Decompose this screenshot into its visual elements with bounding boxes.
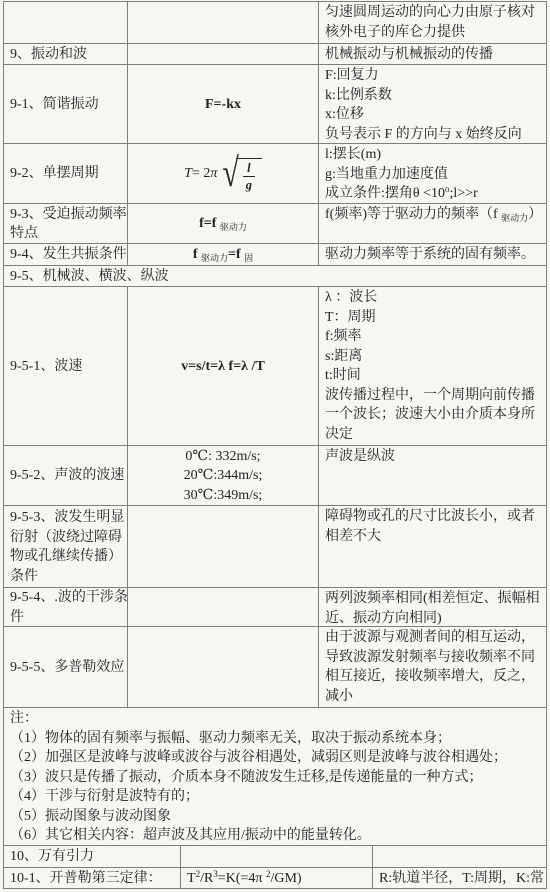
text-segment: f:频率 (325, 329, 362, 344)
text-line: 9-5-2、声波的波速 (10, 466, 125, 486)
row-10-universal-gravitation-cell-1: 10、万有引力 (4, 846, 181, 867)
text-segment: 特点 (10, 226, 38, 241)
row-9-5-5-doppler-effect: 9-5-5、多普勒效应由于波源与观测者间的相互运动，导致波源发射频率与接收频率不… (4, 627, 546, 708)
text-line: 9-3、受迫振动频率 (10, 205, 125, 225)
text-line: f 驱动力=f 固 (193, 245, 253, 265)
row-9-5-5-doppler-effect-cell-3: 由于波源与观测者间的相互运动，导致波源发射频率与接收频率不同相互接近，接收频率增… (319, 627, 546, 707)
text-segment: （6）其它相关内容：超声波及其应用/振动中的能量转化。 (10, 828, 371, 843)
text-segment: F:回复力 (325, 68, 379, 83)
text-line: 9-5、机械波、横波、纵波 (10, 267, 544, 286)
text-segment: 机械振动与机械振动的传播 (325, 47, 493, 62)
row-9-3-forced-vibration-cell-1: 9-3、受迫振动频率特点 (4, 204, 128, 243)
row-9-4-resonance-condition-cell-1: 9-4、发生共振条件 (4, 244, 128, 265)
row-10-1-kepler-third-law-cell-3: R:轨道半径，T:周期，K:常 (373, 868, 546, 888)
row-9-vibration-and-waves-cell-1: 9、振动和波 (4, 44, 128, 64)
text-segment: 匀速圆周运动的向心力由原子核对 (325, 5, 535, 20)
text-segment: 驱动力 (501, 213, 528, 223)
text-segment: T：周期 (325, 310, 376, 325)
row-10-universal-gravitation-cell-3 (373, 846, 546, 867)
text-segment: 导致波源发射频率与接收频率不同 (325, 650, 535, 665)
row-atom-centripetal-cell-2 (128, 2, 319, 43)
row-atom-centripetal-cell-3: 匀速圆周运动的向心力由原子核对核外电子的库仑力提供 (319, 2, 546, 43)
text-line: 10-1、开普勒第三定律： (10, 869, 178, 888)
text-line: f=f 驱动力 (199, 214, 247, 234)
text-line: 9-5-1、波速 (10, 357, 125, 377)
text-segment: 注： (10, 711, 38, 726)
text-line: 9-2、单摆周期 (10, 164, 125, 184)
text-segment: 核外电子的库仑力提供 (325, 25, 465, 40)
text-segment: 相差不大 (325, 529, 381, 544)
row-9-vibration-and-waves: 9、振动和波机械振动与机械振动的传播 (4, 44, 546, 65)
row-10-1-kepler-third-law-cell-2: T2/R3=K(=4π 2/GM) (181, 868, 373, 888)
text-segment: 件 (10, 610, 24, 625)
text-line: λ ：波长 (325, 288, 544, 308)
text-line: 障碍物或孔的尺寸比波长小，或者 (325, 507, 544, 527)
text-line: 匀速圆周运动的向心力由原子核对 (325, 3, 544, 23)
row-9-5-mechanical-waves-header: 9-5、机械波、横波、纵波 (4, 266, 546, 287)
row-9-5-1-wave-speed-cell-1: 9-5-1、波速 (4, 287, 128, 445)
text-segment: ;l>>r (450, 186, 478, 201)
text-line: 条件 (10, 567, 125, 587)
row-9-5-1-wave-speed-cell-2: v=s/t=λ f=λ /T (128, 287, 319, 445)
row-9-5-mechanical-waves-header-cell-1: 9-5、机械波、横波、纵波 (4, 266, 546, 286)
row-10-universal-gravitation: 10、万有引力 (4, 846, 546, 868)
text-segment: =f (228, 247, 244, 262)
text-line: 驱动力频率等于系统的固有频率。 (325, 245, 544, 265)
text-segment: 9-5、机械波、横波、纵波 (10, 269, 169, 284)
text-line: 波传播过程中，一个周期向前传播 (325, 386, 544, 406)
text-line: 9-1、简谐振动 (10, 95, 125, 115)
text-segment: 驱动力频率等于系统的固有频率。 (325, 247, 535, 262)
row-9-1-simple-harmonic-cell-3: F:回复力k:比例系数x:位移负号表示 F 的方向与 x 始终反向 (319, 65, 546, 143)
text-line: v=s/t=λ f=λ /T (181, 357, 265, 377)
text-line: 负号表示 F 的方向与 x 始终反向 (325, 125, 544, 144)
row-9-3-forced-vibration-cell-3: f(频率)等于驱动力的频率（f 驱动力） (319, 204, 546, 243)
text-line: 10、万有引力 (10, 847, 178, 867)
text-segment: f(频率)等于驱动力的频率（f (325, 207, 501, 222)
row-9-2-pendulum-period-cell-1: 9-2、单摆周期 (4, 144, 128, 203)
text-segment: 声波是纵波 (325, 449, 395, 464)
text-line: 导致波源发射频率与接收频率不同 (325, 648, 544, 668)
row-10-1-kepler-third-law-cell-1: 10-1、开普勒第三定律： (4, 868, 181, 888)
row-9-5-2-sound-speed-cell-1: 9-5-2、声波的波速 (4, 446, 128, 505)
row-10-1-kepler-third-law: 10-1、开普勒第三定律：T2/R3=K(=4π 2/GM)R:轨道半径，T:周… (4, 868, 546, 889)
row-9-5-2-sound-speed-cell-2: 0℃: 332m/s;20℃:344m/s;30℃:349m/s; (128, 446, 319, 505)
text-line: T = 2π√lg (184, 158, 262, 191)
text-segment: （4）干涉与衍射是波特有的； (10, 789, 199, 804)
text-segment: 20℃:344m/s; (184, 468, 263, 483)
text-segment: 9、振动和波 (10, 47, 87, 62)
text-segment: 决定 (325, 427, 353, 442)
text-line: f:频率 (325, 327, 544, 347)
row-9-5-1-wave-speed: 9-5-1、波速v=s/t=λ f=λ /Tλ ：波长T：周期f:频率s:距离t… (4, 287, 546, 446)
text-segment: 0℃: 332m/s; (185, 449, 260, 464)
row-9-4-resonance-condition-cell-3: 驱动力频率等于系统的固有频率。 (319, 244, 546, 265)
text-line: 注： (10, 709, 544, 729)
row-9-5-4-interference-condition-cell-1: 9-5-4、.波的干涉条件 (4, 588, 128, 626)
row-9-5-4-interference-condition: 9-5-4、.波的干涉条件两列波频率相同(相差恒定、振幅相近、振动方向相同) (4, 588, 546, 627)
text-line: 9-5-5、多普勒效应 (10, 658, 125, 678)
text-line: 20℃:344m/s; (184, 466, 263, 486)
text-segment: /R (200, 871, 213, 886)
text-line: 机械振动与机械振动的传播 (325, 45, 544, 64)
text-segment: F=-kx (205, 97, 241, 112)
text-line: 物或孔继续传播） (10, 547, 125, 567)
text-line: 决定 (325, 425, 544, 445)
text-segment: 9-5-1、波速 (10, 359, 82, 374)
text-segment: 10-1、开普勒第三定律： (10, 871, 162, 886)
text-line: （3）波只是传播了振动，介质本身不随波发生迁移,是传递能量的一种方式； (10, 768, 544, 788)
text-line: l:摆长(m) (325, 145, 544, 165)
text-line: F=-kx (205, 95, 241, 115)
text-segment: 9-5-4、.波的干涉条 (10, 590, 128, 605)
text-segment: v=s/t=λ f=λ /T (181, 359, 265, 374)
text-segment: =K(=4π (218, 871, 266, 886)
text-line: （6）其它相关内容：超声波及其应用/振动中的能量转化。 (10, 826, 544, 845)
row-9-2-pendulum-period-cell-2: T = 2π√lg (128, 144, 319, 203)
text-line: 件 (10, 608, 125, 627)
text-line: 相差不大 (325, 527, 544, 547)
text-line: 9、振动和波 (10, 45, 125, 64)
physics-formula-table: 匀速圆周运动的向心力由原子核对核外电子的库仑力提供9、振动和波机械振动与机械振动… (3, 1, 547, 889)
text-line: f(频率)等于驱动力的频率（f 驱动力） (325, 205, 544, 225)
row-9-1-simple-harmonic-cell-1: 9-1、简谐振动 (4, 65, 128, 143)
text-segment: x:位移 (325, 107, 364, 122)
text-line: 衍射（波绕过障碍 (10, 528, 125, 548)
text-segment: 9-4、发生共振条件 (10, 247, 127, 262)
text-line: k:比例系数 (325, 86, 544, 106)
text-segment: 9-1、简谐振动 (10, 97, 99, 112)
row-atom-centripetal: 匀速圆周运动的向心力由原子核对核外电子的库仑力提供 (4, 2, 546, 44)
row-9-5-5-doppler-effect-cell-2 (128, 627, 319, 707)
text-segment: 9-5-3、波发生明显 (10, 510, 124, 525)
text-segment: f (193, 247, 201, 262)
row-9-5-5-doppler-effect-cell-1: 9-5-5、多普勒效应 (4, 627, 128, 707)
row-9-5-3-diffraction-condition-cell-2 (128, 506, 319, 587)
row-9-vibration-and-waves-cell-3: 机械振动与机械振动的传播 (319, 44, 546, 64)
row-atom-centripetal-cell-1 (4, 2, 128, 43)
text-segment: /GM) (270, 871, 301, 886)
row-10-universal-gravitation-cell-2 (181, 846, 373, 867)
text-segment: λ ：波长 (325, 290, 377, 305)
text-segment: （1）物体的固有频率与振幅、驱动力频率无关，取决于振动系统本身； (10, 731, 451, 746)
text-line: 相互接近，接收频率增大，反之， (325, 667, 544, 687)
row-9-5-4-interference-condition-cell-3: 两列波频率相同(相差恒定、振幅相近、振动方向相同) (319, 588, 546, 626)
square-root-radical: √lg (222, 158, 261, 191)
text-line: 减小 (325, 687, 544, 707)
row-9-5-3-diffraction-condition-cell-1: 9-5-3、波发生明显衍射（波绕过障碍物或孔继续传播）条件 (4, 506, 128, 587)
row-9-5-4-interference-condition-cell-2 (128, 588, 319, 626)
text-segment: ） (528, 207, 542, 222)
text-segment: T (187, 871, 196, 886)
text-segment: 衍射（波绕过障碍 (10, 530, 122, 545)
text-segment: 9-3、受迫振动频率 (10, 207, 127, 222)
row-notes-cell-1: 注：（1）物体的固有频率与振幅、驱动力频率无关，取决于振动系统本身；（2）加强区… (4, 708, 546, 845)
text-line: 核外电子的库仑力提供 (325, 23, 544, 43)
text-segment: 波传播过程中，一个周期向前传播 (325, 388, 535, 403)
text-segment: f=f (199, 216, 220, 231)
text-segment: 负号表示 F 的方向与 x 始终反向 (325, 127, 522, 142)
text-segment: 物或孔继续传播） (10, 549, 122, 564)
text-line: （2）加强区是波峰与波峰或波谷与波谷相遇处，减弱区则是波峰与波谷相遇处； (10, 748, 544, 768)
text-line: 成立条件:摆角θ <10o;l>>r (325, 184, 544, 203)
text-segment: 9-5-2、声波的波速 (10, 468, 124, 483)
text-segment: R:轨道半径，T:周期，K:常 (379, 871, 544, 886)
text-line: T：周期 (325, 308, 544, 328)
text-segment: 由于波源与观测者间的相互运动， (325, 630, 535, 645)
text-line: （5）振动图象与波动图象 (10, 807, 544, 827)
text-line: 一个波长；波速大小由介质本身所 (325, 405, 544, 425)
text-segment: k:比例系数 (325, 88, 392, 103)
text-segment: = 2 (192, 166, 210, 182)
text-line: R:轨道半径，T:周期，K:常 (379, 869, 544, 888)
text-line: （1）物体的固有频率与振幅、驱动力频率无关，取决于振动系统本身； (10, 729, 544, 749)
text-line: 9-5-4、.波的干涉条 (10, 588, 125, 608)
text-line: 声波是纵波 (325, 447, 544, 467)
row-notes: 注：（1）物体的固有频率与振幅、驱动力频率无关，取决于振动系统本身；（2）加强区… (4, 708, 546, 846)
text-segment: 一个波长；波速大小由介质本身所 (325, 407, 535, 422)
text-segment: s:距离 (325, 349, 362, 364)
text-segment: 减小 (325, 689, 353, 704)
text-segment: 成立条件:摆角θ <10 (325, 186, 445, 201)
text-line: 近、振动方向相同) (325, 609, 544, 627)
row-9-2-pendulum-period-cell-3: l:摆长(m)g:当地重力加速度值成立条件:摆角θ <10o;l>>r (319, 144, 546, 203)
row-9-5-2-sound-speed-cell-3: 声波是纵波 (319, 446, 546, 505)
row-9-3-forced-vibration: 9-3、受迫振动频率特点f=f 驱动力f(频率)等于驱动力的频率（f 驱动力） (4, 204, 546, 244)
text-line: t:时间 (325, 366, 544, 386)
scanned-document-body: { "colors":{ "page_bg":"#f6f6f3", "borde… (0, 0, 550, 892)
text-line: 0℃: 332m/s; (185, 447, 260, 467)
row-9-1-simple-harmonic-cell-2: F=-kx (128, 65, 319, 143)
text-line: 30℃:349m/s; (184, 486, 263, 505)
text-line: 9-4、发生共振条件 (10, 245, 125, 265)
text-segment: 两列波频率相同(相差恒定、振幅相 (325, 591, 540, 606)
text-segment: 9-5-5、多普勒效应 (10, 660, 124, 675)
row-9-2-pendulum-period: 9-2、单摆周期T = 2π√lgl:摆长(m)g:当地重力加速度值成立条件:摆… (4, 144, 546, 204)
text-segment: 近、振动方向相同) (325, 611, 442, 626)
text-segment: （2）加强区是波峰与波峰或波谷与波谷相遇处，减弱区则是波峰与波谷相遇处； (10, 750, 507, 765)
text-line: s:距离 (325, 347, 544, 367)
text-segment: t:时间 (325, 368, 361, 383)
text-segment: 10、万有引力 (10, 849, 94, 864)
row-9-1-simple-harmonic: 9-1、简谐振动F=-kxF:回复力k:比例系数x:位移负号表示 F 的方向与 … (4, 65, 546, 144)
row-9-5-1-wave-speed-cell-3: λ ：波长T：周期f:频率s:距离t:时间波传播过程中，一个周期向前传播一个波长… (319, 287, 546, 445)
text-segment: 驱动力 (220, 222, 247, 232)
text-segment: T (184, 166, 192, 182)
row-9-5-3-diffraction-condition: 9-5-3、波发生明显衍射（波绕过障碍物或孔继续传播）条件障碍物或孔的尺寸比波长… (4, 506, 546, 588)
text-segment: （3）波只是传播了振动，介质本身不随波发生迁移,是传递能量的一种方式； (10, 770, 483, 785)
row-9-4-resonance-condition: 9-4、发生共振条件f 驱动力=f 固驱动力频率等于系统的固有频率。 (4, 244, 546, 266)
text-segment: （5）振动图象与波动图象 (10, 809, 171, 824)
text-line: T2/R3=K(=4π 2/GM) (187, 869, 370, 888)
text-segment: 固 (244, 253, 253, 263)
text-segment: l:摆长(m) (325, 147, 381, 162)
text-segment: 30℃:349m/s; (184, 488, 263, 503)
text-segment: 相互接近，接收频率增大，反之， (325, 669, 535, 684)
text-segment: 障碍物或孔的尺寸比波长小，或者 (325, 509, 535, 524)
text-line: 两列波频率相同(相差恒定、振幅相 (325, 589, 544, 609)
text-line: g:当地重力加速度值 (325, 165, 544, 185)
text-line: 9-5-3、波发生明显 (10, 508, 125, 528)
text-segment: π (210, 166, 217, 182)
text-segment: 9-2、单摆周期 (10, 166, 99, 181)
text-line: （4）干涉与衍射是波特有的； (10, 787, 544, 807)
text-segment: 驱动力 (201, 253, 228, 263)
text-segment: g:当地重力加速度值 (325, 167, 448, 182)
row-9-5-3-diffraction-condition-cell-3: 障碍物或孔的尺寸比波长小，或者相差不大 (319, 506, 546, 587)
row-9-4-resonance-condition-cell-2: f 驱动力=f 固 (128, 244, 319, 265)
row-9-5-2-sound-speed: 9-5-2、声波的波速0℃: 332m/s;20℃:344m/s;30℃:349… (4, 446, 546, 506)
text-line: F:回复力 (325, 66, 544, 86)
text-line: x:位移 (325, 105, 544, 125)
text-line: 由于波源与观测者间的相互运动， (325, 628, 544, 648)
row-9-vibration-and-waves-cell-2 (128, 44, 319, 64)
row-9-3-forced-vibration-cell-2: f=f 驱动力 (128, 204, 319, 243)
text-line: 特点 (10, 224, 125, 243)
text-segment: 条件 (10, 569, 38, 584)
